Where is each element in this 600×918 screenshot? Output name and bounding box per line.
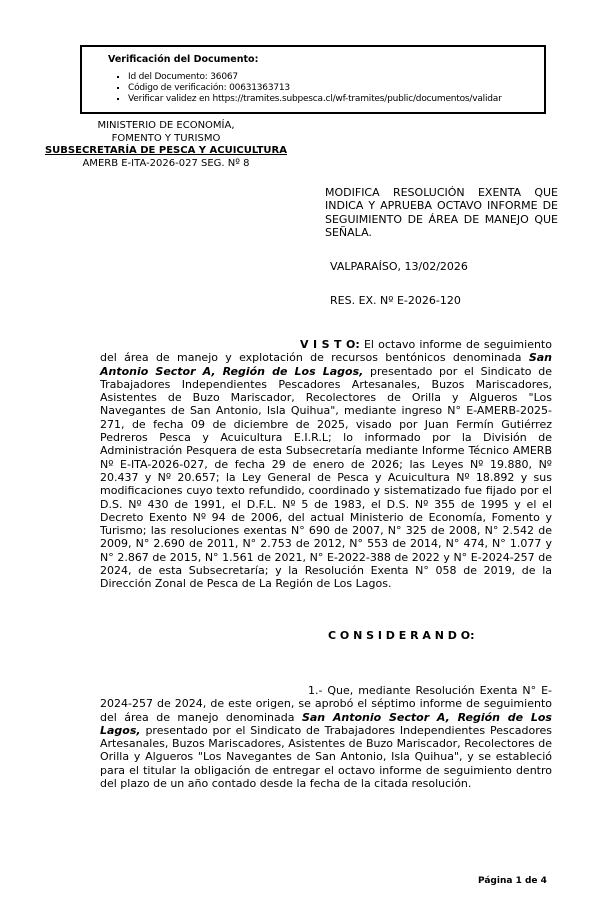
verification-item-document-id: Id del Documento: 36067	[128, 72, 544, 83]
place-date: VALPARAÍSO, 13/02/2026	[330, 260, 468, 273]
verification-item-code: Código de verificación: 00631363713	[128, 83, 544, 94]
considerando-heading: C O N S I D E R A N D O:	[328, 629, 552, 642]
visto-paragraph: V I S T O: El octavo informe de seguimie…	[100, 338, 552, 591]
verification-box: Verificación del Documento: Id del Docum…	[80, 45, 546, 114]
ministry-line-2: FOMENTO Y TURISMO	[35, 133, 297, 146]
amerb-reference: AMERB E-ITA-2026-027 SEG. Nº 8	[35, 158, 297, 171]
letterhead: MINISTERIO DE ECONOMÍA, FOMENTO Y TURISM…	[35, 120, 297, 170]
subsecretaria-line: SUBSECRETARÍA DE PESCA Y ACUICULTURA	[35, 145, 297, 158]
ministry-line-1: MINISTERIO DE ECONOMÍA,	[35, 120, 297, 133]
resolution-number: RES. EX. Nº E-2026-120	[330, 294, 461, 307]
resolution-subject: MODIFICA RESOLUCIÓN EXENTA QUE INDICA Y …	[325, 186, 558, 240]
considerando-paragraph-1: 1.- Que, mediante Resolución Exenta N° E…	[100, 684, 552, 790]
page-number: Página 1 de 4	[478, 876, 547, 886]
verification-title: Verificación del Documento:	[108, 54, 544, 65]
verification-list: Id del Documento: 36067 Código de verifi…	[82, 72, 544, 105]
document-page: Verificación del Documento: Id del Docum…	[0, 0, 600, 918]
verification-item-url: Verificar validez en https://tramites.su…	[128, 94, 544, 105]
document-body: V I S T O: El octavo informe de seguimie…	[100, 338, 552, 790]
